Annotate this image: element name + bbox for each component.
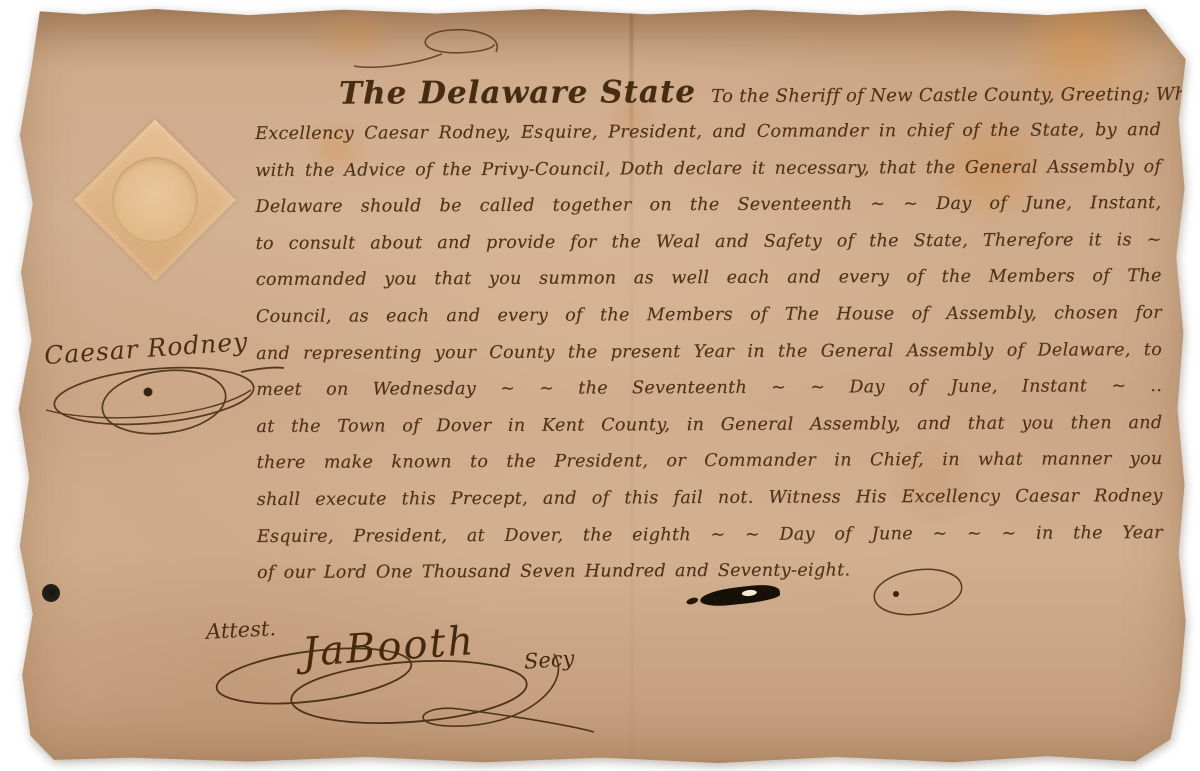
manuscript-line: meet on Wednesday ~ ~ the Seventeenth ~ … xyxy=(242,376,1164,417)
opening-line-rest: To the Sheriff of New Castle County, Gre… xyxy=(711,83,1200,106)
wafer-seal xyxy=(74,119,235,280)
manuscript-page: The Delaware State To the Sheriff of New… xyxy=(14,6,1188,766)
opening-line: The Delaware State To the Sheriff of New… xyxy=(241,72,1163,124)
top-edge-grime xyxy=(14,6,1188,70)
manuscript-line: Esquire, President, at Dover, the eighth… xyxy=(243,523,1165,564)
pen-flourish-dateline xyxy=(866,562,976,622)
manuscript-line: there make known to the President, or Co… xyxy=(243,449,1165,490)
manuscript-line: shall execute this Precept, and of this … xyxy=(243,486,1165,527)
manuscript-line: commanded you that you summon as well ea… xyxy=(242,266,1164,307)
manuscript-line: at the Town of Dover in Kent County, in … xyxy=(242,413,1164,454)
seal-embossed-circle xyxy=(94,139,216,261)
manuscript-line: Delaware should be called together on th… xyxy=(241,193,1163,234)
secretary-title: Secy xyxy=(523,646,575,673)
photo-background: The Delaware State To the Sheriff of New… xyxy=(0,0,1200,771)
secretary-signature-block: JaBooth Secy xyxy=(194,614,634,744)
aged-paper: The Delaware State To the Sheriff of New… xyxy=(14,6,1188,766)
manuscript-line: with the Advice of the Privy-Council, Do… xyxy=(241,157,1163,198)
manuscript-line: and representing your County the present… xyxy=(242,340,1164,381)
opening-words: The Delaware State xyxy=(339,74,696,112)
manuscript-line: Council, as each and every of the Member… xyxy=(242,303,1164,344)
caesar-rodney-signature: Caesar Rodney xyxy=(36,332,286,442)
ink-dot-left-edge xyxy=(42,584,60,602)
manuscript-line: to consult about and provide for the Wea… xyxy=(242,230,1164,271)
manuscript-line: Excellency Caesar Rodney, Esquire, Presi… xyxy=(241,120,1163,161)
manuscript-text: The Delaware State To the Sheriff of New… xyxy=(241,72,1165,600)
manuscript-line: of our Lord One Thousand Seven Hundred a… xyxy=(243,559,1165,600)
pen-flourish-top xyxy=(346,20,526,80)
